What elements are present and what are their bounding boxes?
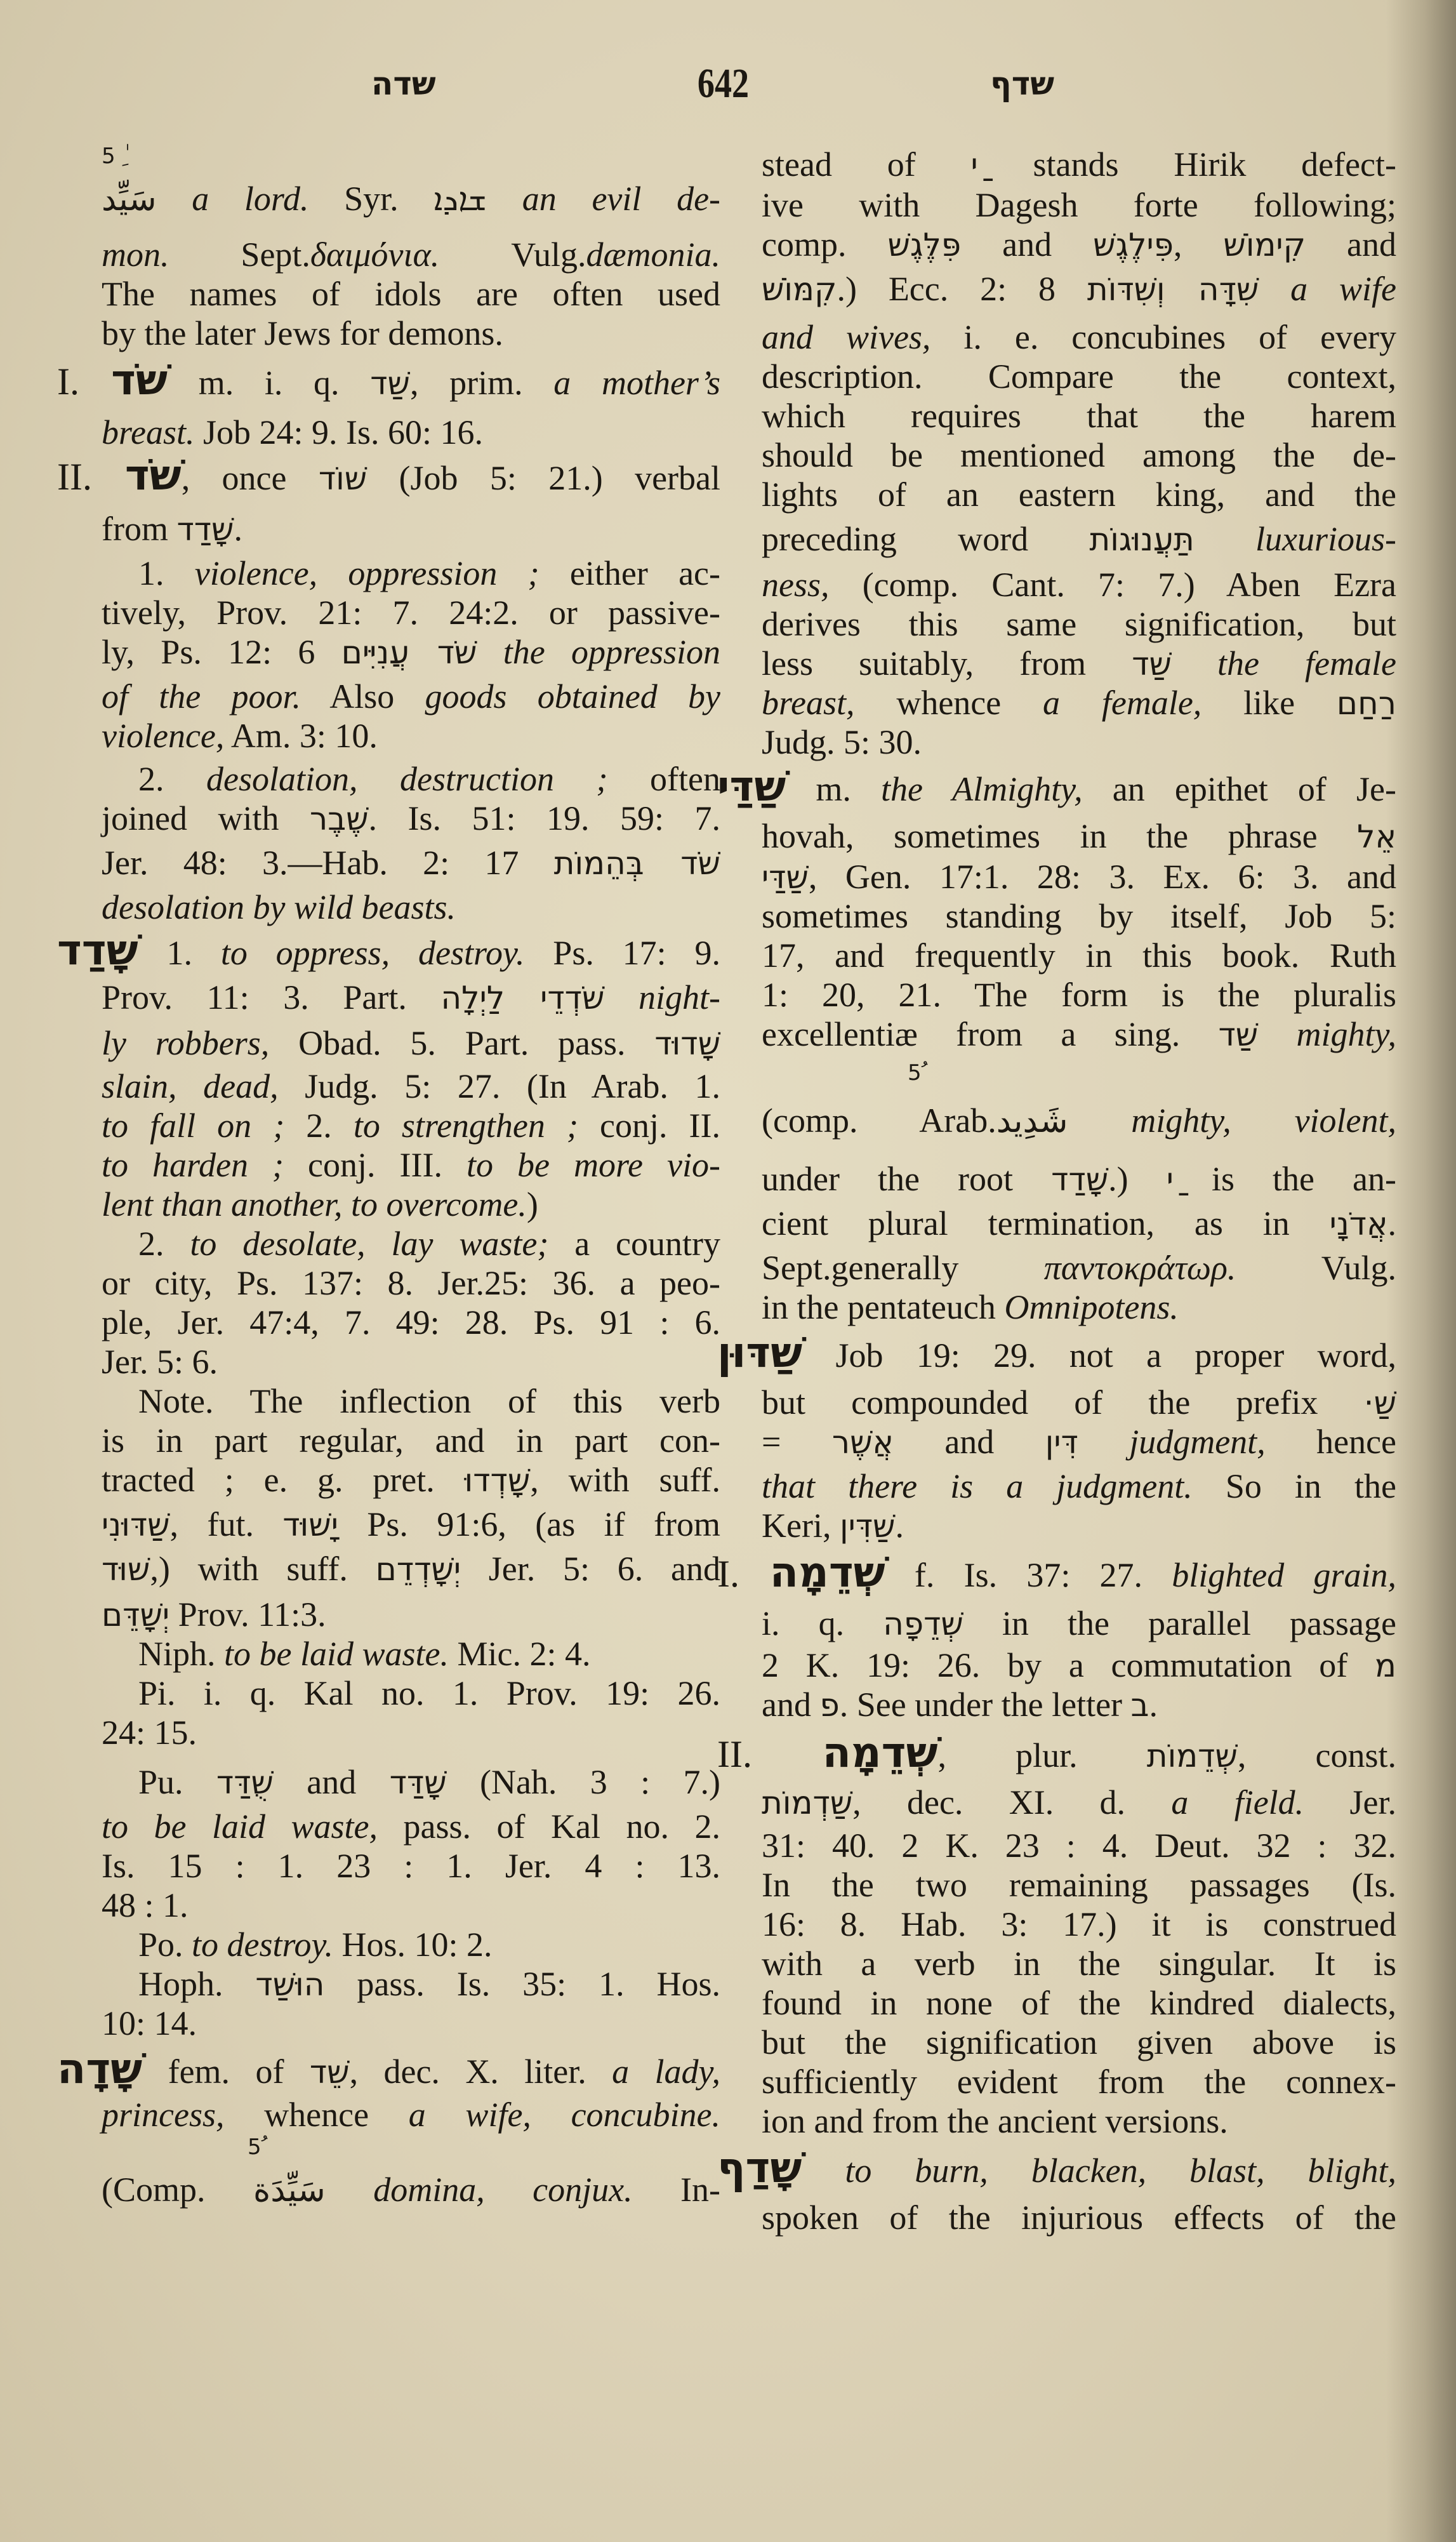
text: .	[234, 510, 242, 548]
text-line: in the pentateuch Omnipotens.	[762, 1288, 1396, 1327]
italic-gloss: judgment,	[1129, 1423, 1265, 1461]
italic-gloss: to burn, blacken, blast, blight,	[845, 2152, 1396, 2190]
text: Ps. 91:6, (as if from	[338, 1505, 720, 1543]
hebrew-word: אֲשֶׁר	[832, 1424, 894, 1461]
hebrew-word: שִׁדָּה וְשִׁדּוֹת	[1087, 271, 1259, 308]
italic-gloss: mighty,	[1297, 1015, 1397, 1053]
hebrew-word: קִימוֹשׁ	[1223, 227, 1306, 263]
entry-headword-line: II. שֹׁד, once שׁוֹד (Job 5: 21.) verbal	[57, 456, 720, 495]
italic-gloss: the Almighty,	[881, 770, 1083, 808]
text: from	[102, 510, 176, 548]
entry-headword-line: שָׁדַף to burn, blacken, blast, blight,	[717, 2148, 1396, 2188]
text-line: of the poor. Also goods obtained by	[102, 677, 720, 716]
text: Pu.	[138, 1763, 216, 1801]
text-line: ly, Ps. 12: 6 שֹׁד עֲנִיִּים the oppress…	[102, 632, 720, 672]
text-line: שַׁדַּי, Gen. 17:1. 28: 3. Ex. 6: 3. and	[762, 857, 1396, 896]
text-line: Pi. i. q. Kal no. 1. Prov. 19: 26.	[102, 1674, 720, 1713]
italic-gloss: a wife	[1290, 270, 1396, 308]
text-line: = אֲשֶׁר and דִּין judgment, hence	[762, 1422, 1396, 1461]
hebrew-word: שׁוּד	[102, 1551, 150, 1588]
text: hovah, sometimes in the phrase	[762, 817, 1357, 855]
text: i. e. concubines of every	[930, 318, 1396, 356]
text: derives this same signification, but	[762, 605, 1396, 643]
entry-headword-line: שָׁדַד 1. to oppress, destroy. Ps. 17: 9…	[57, 931, 720, 970]
text-line: which requires that the harem	[762, 396, 1396, 436]
hebrew-word: שַׁדְמוֹת	[762, 1785, 852, 1821]
text	[326, 2171, 373, 2209]
italic-gloss: desolation by wild beasts.	[102, 888, 456, 926]
italic-gloss: a field.	[1171, 1783, 1304, 1821]
text	[1195, 520, 1255, 558]
arabic-word: سَيِّد	[102, 180, 157, 218]
hebrew-word: אֲדֹנָי	[1330, 1206, 1388, 1242]
text: (Comp.	[102, 2171, 253, 2209]
text: 1: 20, 21. The form is the pluralis	[762, 976, 1396, 1014]
text: and	[274, 1763, 390, 1801]
text: ly, Ps. 12: 6	[102, 633, 341, 671]
arabic-word: شَدِيد	[996, 1102, 1068, 1140]
italic-gloss: luxurious-	[1255, 520, 1396, 558]
text: 1.	[138, 934, 221, 972]
text-line: שַׁדְמוֹת, dec. XI. d. a field. Jer.	[762, 1783, 1396, 1822]
text: 10: 14.	[102, 2004, 197, 2042]
italic-gloss: to be laid waste.	[224, 1635, 449, 1673]
italic-gloss: to be laid waste,	[102, 1807, 378, 1846]
text	[1172, 644, 1217, 682]
text-line: Jer. 48: 3.—Hab. 2: 17 שֹׁד בְּהֵמוֹת	[102, 843, 720, 882]
text-line: 2 K. 19: 26. by a commutation of מ	[762, 1646, 1396, 1685]
hebrew-word: יְשָׁדְדֵם	[376, 1551, 461, 1588]
hebrew-word: שַׁדִּין	[840, 1508, 896, 1545]
text: Sept.	[169, 236, 310, 274]
text: pass. Is. 35: 1. Hos.	[324, 1965, 720, 2003]
text: .)	[1108, 1160, 1167, 1198]
text-line: and wives, i. e. concubines of every	[762, 317, 1396, 357]
italic-gloss: the oppression	[503, 633, 720, 671]
hebrew-word: פ	[819, 1687, 839, 1724]
text-line: tracted ; e. g. pret. שָׁדְדוּ, with suf…	[102, 1460, 720, 1500]
text: In-	[633, 2171, 720, 2209]
text: , fut.	[170, 1505, 283, 1543]
text-line: lights of an eastern king, and the	[762, 475, 1396, 514]
text: (comp. Cant. 7: 7.) Aben Ezra	[830, 566, 1397, 604]
text: less suitably, from	[762, 644, 1132, 682]
text-line: קִמּוֹשׁ.) Ecc. 2: 8 שִׁדָּה וְשִׁדּוֹת …	[762, 269, 1396, 309]
text-line: سَيِّد a lord. Syr. ܫܐܕܐ an evil de-	[102, 179, 720, 218]
text: 2.	[138, 760, 206, 798]
text: f. Is. 37: 27.	[885, 1556, 1172, 1594]
text-line: breast. Job 24: 9. Is. 60: 16.	[102, 413, 720, 452]
hebrew-word: יְשָׁדֵּם	[102, 1597, 169, 1634]
text-line: Prov. 11: 3. Part. שֹׁדְדֵי לַיְלָה nigh…	[102, 978, 720, 1017]
hebrew-word: שָׁדַד	[176, 511, 234, 548]
text: Prov. 11: 3. Part.	[102, 978, 440, 1016]
text: should be mentioned among the de-	[762, 436, 1396, 474]
text: excellentiæ from a sing.	[762, 1015, 1218, 1053]
text: . See under the letter	[840, 1686, 1131, 1724]
dictionary-page: שדה 642 שדף 5 ٰ ِسَيِّد a lord. Syr. ܫܐܕ…	[0, 0, 1456, 2542]
hebrew-word: ܫܐܕܐ	[433, 181, 487, 218]
hebrew-word: שֹׁד עֲנִיִּים	[341, 634, 477, 671]
homonym-numeral: II.	[717, 1733, 823, 1775]
entry-headword-line: שַׁדּוּן Job 19: 29. not a proper word,	[717, 1333, 1396, 1373]
text-line: to harden ; conj. III. to be more vio-	[102, 1145, 720, 1185]
text: .	[895, 1507, 904, 1545]
italic-gloss: and wives,	[762, 318, 930, 356]
text: 17, and frequently in this book. Ruth	[762, 936, 1396, 975]
hebrew-headword: שַׁדַּי	[717, 762, 786, 811]
text: )	[527, 1185, 538, 1223]
italic-gloss: lent than another, to overcome.	[102, 1185, 527, 1223]
text	[487, 180, 522, 218]
text-line: joined with שֶׁבֶר. Is. 51: 19. 59: 7.	[102, 799, 720, 838]
text: hence	[1266, 1423, 1396, 1461]
text-line: 1: 20, 21. The form is the pluralis	[762, 975, 1396, 1015]
text: 2.	[284, 1107, 354, 1145]
italic-gloss: a female,	[1043, 684, 1201, 722]
text: whence	[855, 684, 1043, 722]
text-line: Note. The inflection of this verb	[102, 1381, 720, 1421]
text: stands Hirik defect-	[978, 145, 1396, 183]
text-line: Hoph. הוּשַׁד pass. Is. 35: 1. Hos.	[102, 1964, 720, 2004]
text: and	[961, 225, 1093, 263]
book-gutter-shadow	[1386, 0, 1456, 2542]
text-line: lent than another, to overcome.)	[102, 1185, 720, 1224]
text: joined with	[102, 799, 310, 837]
hebrew-word: שׁוֹד	[319, 460, 367, 497]
homonym-numeral: I.	[57, 361, 111, 403]
text: 16: 8. Hab. 3: 17.) it is construed	[762, 1905, 1396, 1943]
text: found in none of the kindred dialects,	[762, 1984, 1396, 2022]
text: is the an-	[1174, 1160, 1396, 1198]
hebrew-word: הוּשַׁד	[255, 1966, 324, 2003]
text: lights of an eastern king, and the	[762, 476, 1396, 514]
running-header: שדה 642 שדף	[0, 58, 1456, 109]
text: is in part regular, and in part con-	[102, 1421, 720, 1460]
text-line: (Comp. سَيِّدَة domina, conjux. In-	[102, 2170, 720, 2209]
hebrew-word: שָׁדַד	[1051, 1161, 1108, 1198]
hebrew-word: שֹׁד בְּהֵמוֹת	[554, 845, 720, 882]
italic-gloss: ly robbers,	[102, 1024, 269, 1062]
text: Syr.	[308, 180, 433, 218]
text-line: should be mentioned among the de-	[762, 436, 1396, 475]
text-line: cient plural termination, as in אֲדֹנָי.	[762, 1204, 1396, 1243]
text	[802, 2152, 845, 2190]
text-line: The names of idols are often used	[102, 274, 720, 314]
text-line: that there is a judgment. So in the	[762, 1467, 1396, 1506]
text	[1259, 270, 1290, 308]
entry-headword-line: שַׁדַּי m. the Almighty, an epithet of J…	[717, 767, 1396, 806]
text: tracted ; e. g. pret.	[102, 1461, 465, 1499]
hebrew-word: ַי	[971, 147, 978, 183]
text: description. Compare the context,	[762, 357, 1396, 396]
text: , dec. XI. d.	[852, 1783, 1171, 1821]
text-line: 17, and frequently in this book. Ruth	[762, 936, 1396, 975]
italic-gloss: Omnipotens.	[1004, 1288, 1178, 1326]
text-line: In the two remaining passages (Is.	[762, 1865, 1396, 1905]
text-line: Is. 15 : 1. 23 : 1. Jer. 4 : 13.	[102, 1846, 720, 1886]
text: So in the	[1193, 1467, 1396, 1505]
text: by the later Jews for demons.	[102, 314, 503, 352]
text: stead of	[762, 145, 971, 183]
text: or city, Ps. 137: 8. Jer.25: 36. a peo-	[102, 1264, 720, 1302]
text-line: breast, whence a female, like רַחַם	[762, 683, 1396, 722]
italic-gloss: of the poor.	[102, 677, 301, 715]
italic-gloss: a lord.	[192, 180, 308, 218]
hebrew-word: דִּין	[1045, 1424, 1078, 1461]
text-line: tively, Prov. 21: 7. 24:2. or passive-	[102, 593, 720, 632]
italic-gloss: domina, conjux.	[373, 2171, 632, 2209]
hebrew-headword: שָׁדָה	[57, 2044, 142, 2093]
text-line: and פ. See under the letter ב.	[762, 1685, 1396, 1724]
text: Job 24: 9. Is. 60: 16.	[195, 413, 484, 451]
text: Judg. 5: 27. (In Arab. 1.	[279, 1067, 720, 1105]
text-line: desolation by wild beasts.	[102, 888, 720, 927]
text-line: Sept.generally παντοκράτωρ. Vulg.	[762, 1248, 1396, 1288]
text: , dec. X. liter.	[350, 2053, 612, 2091]
text: fem. of	[142, 2053, 310, 2091]
text: and	[894, 1423, 1045, 1461]
entry-headword-line: I. שֹׁד m. i. q. שַׁד, prim. a mother’s	[57, 361, 720, 400]
text-line: שַׁדּוּנִי, fut. יָשׁוּד Ps. 91:6, (as i…	[102, 1505, 720, 1544]
italic-gloss: to be more vio-	[467, 1146, 720, 1184]
text: 31: 40. 2 K. 23 : 4. Deut. 32 : 32.	[762, 1827, 1396, 1865]
text: under the root	[762, 1160, 1051, 1198]
text: (Nah. 3 : 7.)	[447, 1763, 720, 1801]
hebrew-word: שַׁדַּי	[762, 859, 809, 896]
text: 2 K. 19: 26. by a commutation of	[762, 1646, 1375, 1684]
text-line: ion and from the ancient versions.	[762, 2101, 1396, 2141]
text	[1078, 1423, 1129, 1461]
text: , once	[182, 459, 319, 497]
text-line: 2. desolation, destruction ; often	[102, 759, 720, 799]
homonym-numeral: II.	[57, 456, 125, 498]
hebrew-word: שֵׁד	[310, 2054, 350, 2091]
text-line: violence, Am. 3: 10.	[102, 716, 720, 755]
italic-gloss: παντοκράτωρ.	[1044, 1249, 1236, 1287]
italic-gloss: a lady,	[612, 2053, 720, 2091]
hebrew-word: תַּעֲנוּגוֹת	[1089, 521, 1194, 558]
text-line: comp. פִּלֶּגֶשׁ and פִּילֶגֶשׁ, קִימוֹש…	[762, 225, 1396, 264]
text-line: description. Compare the context,	[762, 357, 1396, 396]
text: Job 19: 29. not a proper word,	[802, 1336, 1396, 1374]
text: conj. II.	[578, 1107, 720, 1145]
text-line: 31: 40. 2 K. 23 : 4. Deut. 32 : 32.	[762, 1826, 1396, 1865]
text: and	[1306, 225, 1396, 263]
text-line: 16: 8. Hab. 3: 17.) it is construed	[762, 1905, 1396, 1944]
italic-gloss: the female	[1217, 644, 1396, 682]
text-line: יְשָׁדֵּם Prov. 11:3.	[102, 1595, 720, 1634]
text-line: preceding word תַּעֲנוּגוֹת luxurious-	[762, 519, 1396, 559]
text: . Is. 51: 19. 59: 7.	[369, 799, 720, 837]
text: but the signification given above is	[762, 2023, 1396, 2061]
text: Also	[301, 677, 425, 715]
text: (comp. Arab.	[762, 1101, 996, 1140]
text-line: to be laid waste, pass. of Kal no. 2.	[102, 1807, 720, 1846]
text: a country	[548, 1225, 720, 1263]
italic-gloss: to harden ;	[102, 1146, 284, 1184]
text-line: ple, Jer. 47:4, 7. 49: 28. Ps. 91 : 6.	[102, 1303, 720, 1342]
italic-gloss: a mother’s	[553, 364, 720, 402]
text: Ps. 17: 9.	[524, 934, 720, 972]
italic-gloss: δαιμόνια.	[310, 236, 439, 274]
text: Po.	[138, 1926, 192, 1964]
text-line: hovah, sometimes in the phrase אֵל	[762, 816, 1396, 856]
text: whence	[224, 2096, 408, 2134]
text-line: mon. Sept.δαιμόνια. Vulg.dæmonia.	[102, 235, 720, 274]
text-line: i. q. שְׁדֵפָה in the parallel passage	[762, 1604, 1396, 1643]
text: preceding word	[762, 520, 1089, 558]
hebrew-word: שַׁד	[370, 365, 410, 402]
italic-gloss: to fall on ;	[102, 1107, 284, 1145]
text-line: sometimes standing by itself, Job 5:	[762, 896, 1396, 936]
italic-gloss: breast,	[762, 684, 855, 722]
hebrew-word: יָשׁוּד	[282, 1507, 338, 1543]
italic-gloss: desolation, destruction ;	[206, 760, 608, 798]
text: ,) with suff.	[150, 1550, 375, 1588]
text: Niph.	[138, 1635, 224, 1673]
text: ion and from the ancient versions.	[762, 2102, 1228, 2140]
text-line: Po. to destroy. Hos. 10: 2.	[102, 1925, 720, 1964]
text-line: 10: 14.	[102, 2004, 720, 2043]
hebrew-word: פִּלֶּגֶשׁ	[887, 227, 961, 263]
text-line: ly robbers, Obad. 5. Part. pass. שָׁדוּד	[102, 1023, 720, 1063]
text: with a verb in the singular. It is	[762, 1945, 1396, 1983]
text	[1258, 1015, 1296, 1053]
text: in the pentateuch	[762, 1288, 1004, 1326]
text-line: Keri, שַׁדִּין.	[762, 1506, 1396, 1545]
text: In the two remaining passages (Is.	[762, 1866, 1396, 1904]
entry-headword-line: I. שְׁדֵמָה f. Is. 37: 27. blighted grai…	[717, 1553, 1396, 1592]
text	[1068, 1101, 1131, 1140]
italic-gloss: that there is a judgment.	[762, 1467, 1193, 1505]
hebrew-word: שַׁד	[1132, 646, 1172, 682]
text: , with suff.	[530, 1461, 720, 1499]
text-line: from שָׁדַד.	[102, 509, 720, 549]
italic-gloss: ness,	[762, 566, 830, 604]
left-guide-word: שדה	[371, 58, 436, 109]
text: .) Ecc. 2: 8	[837, 270, 1087, 308]
italic-gloss: mon.	[102, 236, 169, 274]
text: conj. III.	[284, 1146, 467, 1184]
text: sometimes standing by itself, Job 5:	[762, 897, 1396, 935]
text-line: derives this same signification, but	[762, 604, 1396, 644]
hebrew-word: רַחַם	[1337, 685, 1396, 722]
text: (Job 5: 21.) verbal	[367, 459, 720, 497]
hebrew-word: שַׁדּוּנִי	[102, 1507, 170, 1543]
text: Pi. i. q. Kal no. 1. Prov. 19: 26.	[138, 1674, 720, 1712]
text-line: or city, Ps. 137: 8. Jer.25: 36. a peo-	[102, 1263, 720, 1303]
text-line: found in none of the kindred dialects,	[762, 1983, 1396, 2023]
hebrew-headword: שָׁדַף	[717, 2143, 802, 2192]
hebrew-word: ַי	[1167, 1161, 1174, 1198]
text	[604, 978, 639, 1016]
text-line: (comp. Arab.شَدِيد mighty, violent,	[762, 1101, 1396, 1140]
hebrew-word: שֹׁדְדֵי לַיְלָה	[440, 980, 604, 1016]
hebrew-headword: שֹׁד	[125, 451, 182, 500]
italic-gloss: an evil de-	[522, 180, 720, 218]
text-line: with a verb in the singular. It is	[762, 1944, 1396, 1983]
homonym-numeral: I.	[717, 1553, 770, 1595]
text-line: by the later Jews for demons.	[102, 314, 720, 353]
text: , prim.	[410, 364, 553, 402]
entry-headword-line: II. שְׁדֵמָה, plur. שְׁדֵמוֹת, const.	[717, 1733, 1396, 1773]
text-line: 1. violence, oppression ; either ac-	[102, 554, 720, 593]
text-line: but compounded of the prefix שַׁ·	[762, 1383, 1396, 1422]
text-line: sufficiently evident from the connex-	[762, 2062, 1396, 2101]
text-line: Niph. to be laid waste. Mic. 2: 4.	[102, 1634, 720, 1674]
text: Is. 15 : 1. 23 : 1. Jer. 4 : 13.	[102, 1847, 720, 1885]
text: =	[762, 1423, 832, 1461]
text: Jer. 48: 3.—Hab. 2: 17	[102, 844, 554, 882]
text: .	[1149, 1686, 1158, 1724]
text: Hoph.	[138, 1965, 255, 2003]
text: Keri,	[762, 1507, 840, 1545]
italic-gloss: mighty, violent,	[1131, 1101, 1396, 1140]
arabic-vowel-marks: 5 ُ	[248, 2136, 268, 2159]
italic-gloss: slain, dead,	[102, 1067, 279, 1105]
text: Vulg.	[1236, 1249, 1396, 1287]
text: m. i. q.	[168, 364, 370, 402]
text: spoken of the injurious effects of the	[762, 2199, 1396, 2237]
italic-gloss: breast.	[102, 413, 195, 451]
arabic-word: سَيِّدَة	[253, 2171, 326, 2209]
text: m.	[786, 770, 881, 808]
text-line: 2. to desolate, lay waste; a country	[102, 1224, 720, 1263]
italic-gloss: a wife, concubine.	[409, 2096, 720, 2134]
hebrew-headword: שְׁדֵמָה	[770, 1548, 885, 1597]
text: in the parallel passage	[963, 1604, 1396, 1642]
text: Vulg.	[439, 236, 586, 274]
hebrew-word: שְׁדֵפָה	[883, 1606, 963, 1642]
text: comp.	[762, 225, 887, 263]
text: 24: 15.	[102, 1714, 197, 1752]
text-line: excellentiæ from a sing. שַׁד mighty,	[762, 1015, 1396, 1054]
text	[157, 180, 192, 218]
text: 2.	[138, 1225, 190, 1263]
text: often	[608, 760, 720, 798]
text: Obad. 5. Part. pass.	[269, 1024, 654, 1062]
italic-gloss: violence,	[102, 717, 224, 755]
text-line: stead of ַי stands Hirik defect-	[762, 145, 1396, 184]
italic-gloss: princess,	[102, 2096, 224, 2134]
text-line: שׁוּד,) with suff. יְשָׁדְדֵם Jer. 5: 6.…	[102, 1549, 720, 1588]
text: ive with Dagesh forte following;	[762, 186, 1396, 224]
text: Prov. 11:3.	[169, 1595, 326, 1634]
text: Jer. 5: 6. and	[461, 1550, 720, 1588]
text-line: 48 : 1.	[102, 1886, 720, 1925]
italic-gloss: goods obtained by	[425, 677, 720, 715]
hebrew-word: שָׁדוּד	[654, 1025, 720, 1062]
text: ,	[1174, 225, 1223, 263]
arabic-vowel-marks: 5 ُ	[908, 1061, 928, 1084]
hebrew-word: מ	[1375, 1647, 1396, 1684]
italic-gloss: blighted grain,	[1172, 1556, 1396, 1594]
hebrew-headword: שֹׁד	[111, 356, 168, 404]
hebrew-headword: שְׁדֵמָה	[823, 1728, 938, 1777]
text: but compounded of the prefix	[762, 1383, 1364, 1421]
text-line: 24: 15.	[102, 1713, 720, 1752]
arabic-vowel-marks: 5 ٰ ِ	[102, 145, 128, 168]
text-line: ness, (comp. Cant. 7: 7.) Aben Ezra	[762, 565, 1396, 604]
text: sufficiently evident from the connex-	[762, 2063, 1396, 2101]
page-number: 642	[698, 58, 749, 109]
hebrew-word: שְׁדֵמוֹת	[1147, 1738, 1238, 1774]
italic-gloss: violence, oppression ;	[195, 554, 539, 592]
hebrew-word: קִמּוֹשׁ	[762, 271, 837, 308]
text-line: spoken of the injurious effects of the	[762, 2198, 1396, 2237]
text: Note. The inflection of this verb	[138, 1382, 720, 1420]
